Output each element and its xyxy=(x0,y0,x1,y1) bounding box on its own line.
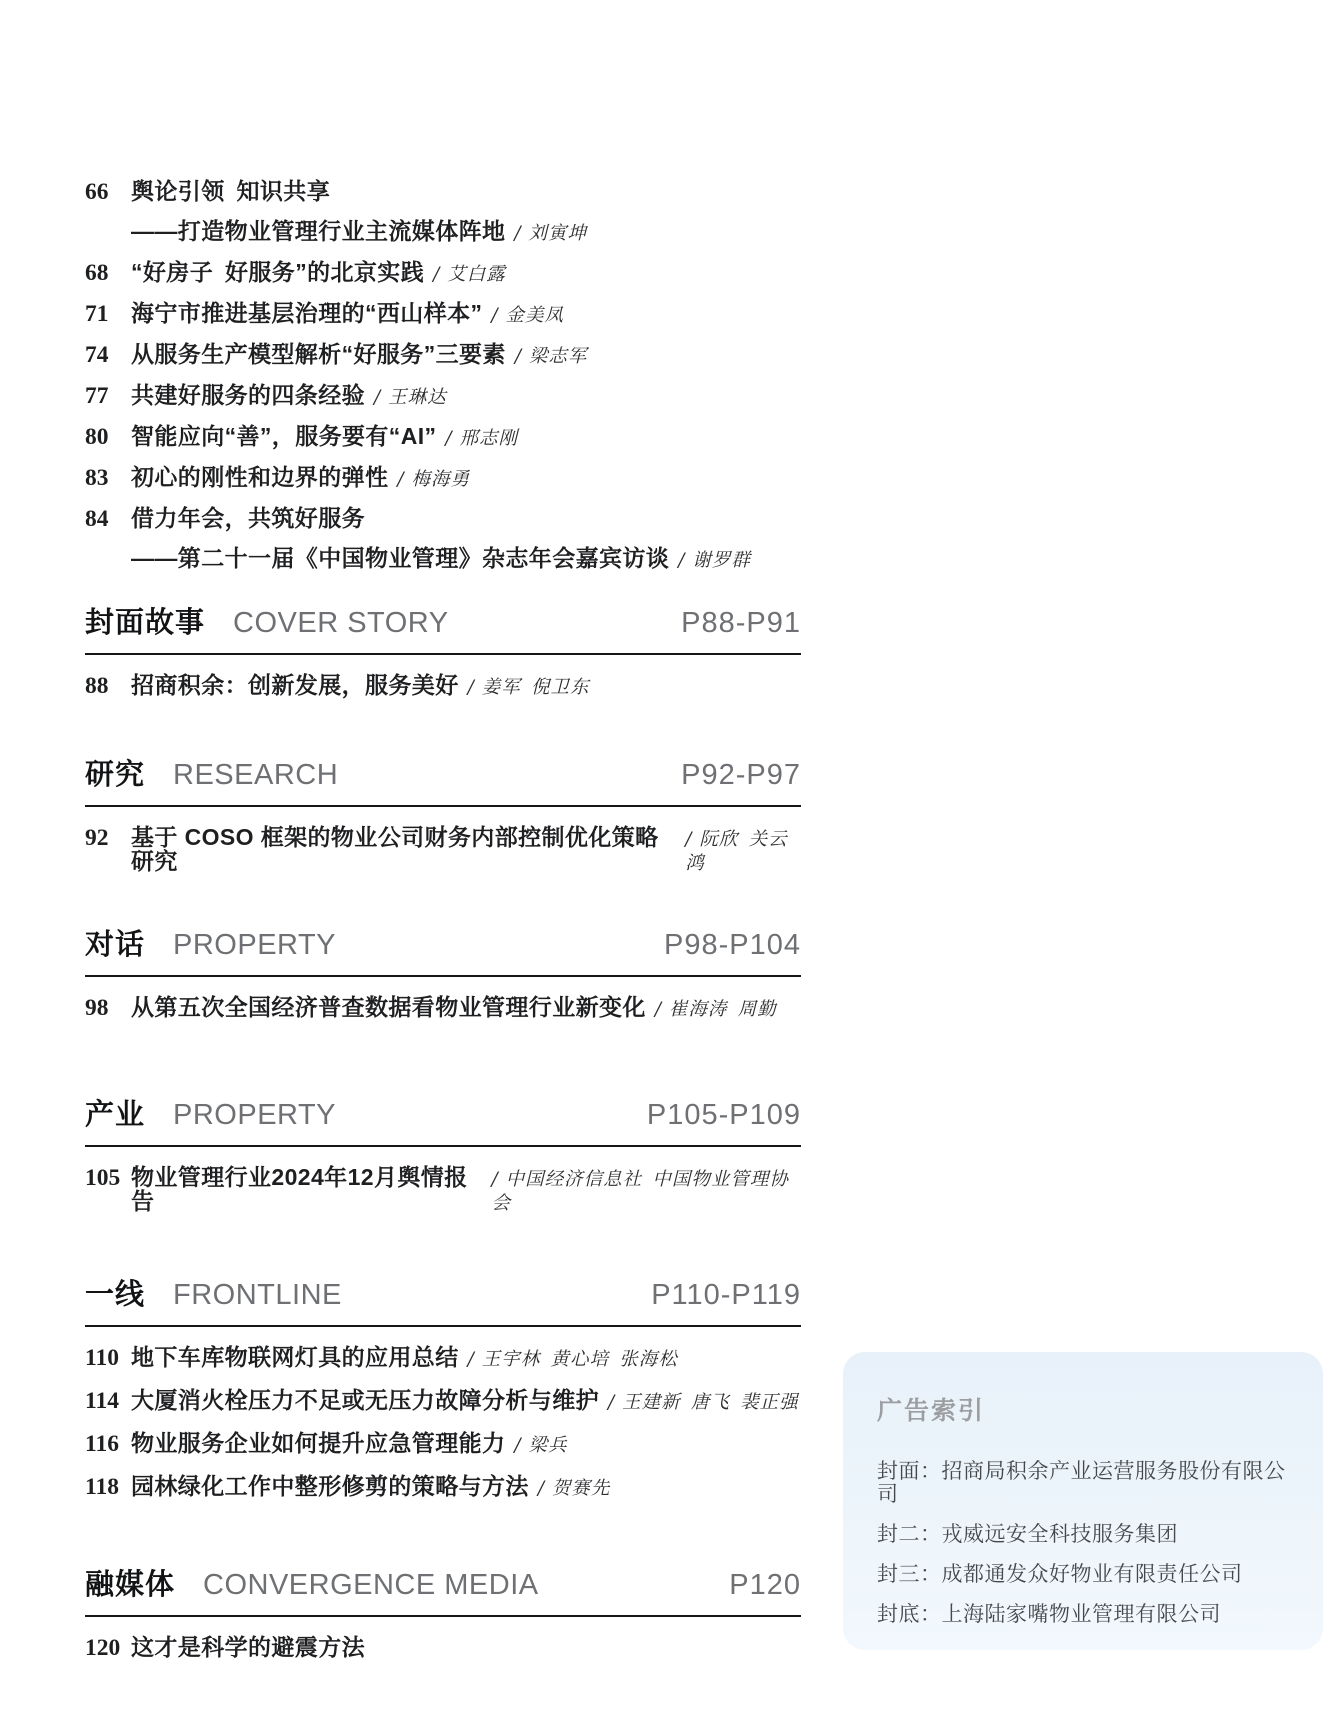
article-row: 118 园林绿化工作中整形修剪的策略与方法 / 贺赛先 xyxy=(85,1474,801,1501)
section-rule xyxy=(85,805,801,807)
entry-authors: / 王琳达 xyxy=(374,378,447,417)
entry-authors: / 艾白露 xyxy=(433,255,506,294)
entry-authors: / 姜军 倪卫东 xyxy=(468,676,590,700)
section-rule xyxy=(85,1145,801,1147)
entry-title: 招商积余：创新发展，服务美好 xyxy=(131,673,459,697)
toc-entry: 83 初心的刚性和边界的弹性 / 梅海勇 xyxy=(85,458,801,499)
section-title-cn: 一线 xyxy=(85,1272,145,1313)
article-row: 110 地下车库物联网灯具的应用总结 / 王宇林 黄心培 张海松 xyxy=(85,1345,801,1372)
section-header: 一线 FRONTLINE P110-P119 xyxy=(85,1272,801,1312)
section-rule xyxy=(85,975,801,977)
section-title-cn: 融媒体 xyxy=(85,1562,175,1603)
entry-number: 71 xyxy=(85,295,131,334)
entry-authors: / 谢罗群 xyxy=(678,541,751,580)
section-articles: 105 物业管理行业2024年12月舆情报告 / 中国经济信息社 中国物业管理协… xyxy=(85,1165,801,1216)
entry-authors: / 梅海勇 xyxy=(397,460,470,499)
ad-index-entry: 封二：戎威远安全科技服务集团 xyxy=(877,1523,1293,1546)
entry-title: 园林绿化工作中整形修剪的策略与方法 xyxy=(131,1474,529,1498)
article-row: 92 基于 COSO 框架的物业公司财务内部控制优化策略研究 / 阮欣 关云鸿 xyxy=(85,825,801,876)
section-articles: 98 从第五次全国经济普查数据看物业管理行业新变化 / 崔海涛 周勤 xyxy=(85,995,801,1022)
section-page-range: P88-P91 xyxy=(681,607,801,640)
magazine-toc-page: 66 舆论引领 知识共享 ——打造物业管理行业主流媒体阵地 / 刘寅坤 68 “… xyxy=(0,0,1334,1734)
entry-subtitle: ——打造物业管理行业主流媒体阵地 xyxy=(131,212,505,251)
entry-title: 这才是科学的避震方法 xyxy=(131,1635,365,1659)
entry-title: 大厦消火栓压力不足或无压力故障分析与维护 xyxy=(131,1388,599,1412)
section-header: 研究 RESEARCH P92-P97 xyxy=(85,752,801,792)
entry-title: 海宁市推进基层治理的“西山样本” xyxy=(131,294,482,333)
entry-number: 77 xyxy=(85,377,131,416)
entry-number: 83 xyxy=(85,459,131,498)
section-page-range: P120 xyxy=(729,1569,801,1602)
toc-entry: 74 从服务生产模型解析“好服务”三要素 / 梁志军 xyxy=(85,335,801,376)
entry-title: 舆论引领 知识共享 xyxy=(131,172,330,211)
article-row: 116 物业服务企业如何提升应急管理能力 / 梁兵 xyxy=(85,1431,801,1458)
section-page-range: P110-P119 xyxy=(651,1279,801,1312)
section-header: 产业 PROPERTY P105-P109 xyxy=(85,1092,801,1132)
entry-authors: / 邢志刚 xyxy=(445,419,518,458)
entry-subtitle: ——第二十一届《中国物业管理》杂志年会嘉宾访谈 xyxy=(131,539,669,578)
article-row: 114 大厦消火栓压力不足或无压力故障分析与维护 / 王建新 唐飞 裴正强 xyxy=(85,1388,801,1415)
section-articles: 110 地下车库物联网灯具的应用总结 / 王宇林 黄心培 张海松 114 大厦消… xyxy=(85,1345,801,1501)
toc-entry: 71 海宁市推进基层治理的“西山样本” / 金美凤 xyxy=(85,294,801,335)
article-row: 120 这才是科学的避震方法 xyxy=(85,1635,801,1660)
entry-title: 智能应向“善”，服务要有“AI” xyxy=(131,417,436,456)
section-dialogue: 对话 PROPERTY P98-P104 98 从第五次全国经济普查数据看物业管… xyxy=(85,922,801,1022)
entry-number: 105 xyxy=(85,1166,131,1190)
section-cover-story: 封面故事 COVER STORY P88-P91 88 招商积余：创新发展，服务… xyxy=(85,600,801,700)
entry-title: 借力年会，共筑好服务 xyxy=(131,499,365,538)
entry-number: 116 xyxy=(85,1432,131,1456)
section-page-range: P92-P97 xyxy=(681,759,801,792)
entry-authors: / 王建新 唐飞 裴正强 xyxy=(608,1391,799,1415)
entry-title: 物业管理行业2024年12月舆情报告 xyxy=(131,1165,483,1213)
section-industry: 产业 PROPERTY P105-P109 105 物业管理行业2024年12月… xyxy=(85,1092,801,1216)
section-title-en: CONVERGENCE MEDIA xyxy=(203,1569,539,1602)
toc-entry-continuation: ——第二十一届《中国物业管理》杂志年会嘉宾访谈 / 谢罗群 xyxy=(85,539,801,580)
section-title-en: RESEARCH xyxy=(173,759,338,792)
entry-authors: / 梁志军 xyxy=(515,337,588,376)
ad-index-list: 封面：招商局积余产业运营服务股份有限公司 封二：戎威远安全科技服务集团 封三：成… xyxy=(877,1460,1293,1626)
entry-authors: / 梁兵 xyxy=(514,1434,567,1458)
entry-number: 80 xyxy=(85,418,131,457)
section-articles: 92 基于 COSO 框架的物业公司财务内部控制优化策略研究 / 阮欣 关云鸿 xyxy=(85,825,801,876)
section-title-cn: 封面故事 xyxy=(85,600,205,641)
section-page-range: P98-P104 xyxy=(664,929,801,962)
entry-authors: / 中国经济信息社 中国物业管理协会 xyxy=(492,1168,801,1216)
article-row: 105 物业管理行业2024年12月舆情报告 / 中国经济信息社 中国物业管理协… xyxy=(85,1165,801,1216)
toc-entry: 80 智能应向“善”，服务要有“AI” / 邢志刚 xyxy=(85,417,801,458)
entry-title: 从第五次全国经济普查数据看物业管理行业新变化 xyxy=(131,995,646,1019)
entry-number: 118 xyxy=(85,1475,131,1499)
section-title-cn: 对话 xyxy=(85,922,145,963)
entry-authors: / 金美凤 xyxy=(491,296,564,335)
toc-entry: 68 “好房子 好服务”的北京实践 / 艾白露 xyxy=(85,253,801,294)
entry-number: 88 xyxy=(85,674,131,698)
toc-list: 66 舆论引领 知识共享 ——打造物业管理行业主流媒体阵地 / 刘寅坤 68 “… xyxy=(85,172,801,580)
section-research: 研究 RESEARCH P92-P97 92 基于 COSO 框架的物业公司财务… xyxy=(85,752,801,876)
entry-number: 114 xyxy=(85,1389,131,1413)
section-convergence-media: 融媒体 CONVERGENCE MEDIA P120 120 这才是科学的避震方… xyxy=(85,1562,801,1660)
entry-number: 84 xyxy=(85,500,131,539)
section-title-cn: 产业 xyxy=(85,1092,145,1133)
article-row: 98 从第五次全国经济普查数据看物业管理行业新变化 / 崔海涛 周勤 xyxy=(85,995,801,1022)
section-title-en: FRONTLINE xyxy=(173,1279,342,1312)
ad-index-entry: 封三：成都通发众好物业有限责任公司 xyxy=(877,1563,1293,1586)
entry-number: 68 xyxy=(85,254,131,293)
section-title-en: COVER STORY xyxy=(233,607,449,640)
entry-title: 共建好服务的四条经验 xyxy=(131,376,365,415)
ad-index-entry: 封底：上海陆家嘴物业管理有限公司 xyxy=(877,1603,1293,1626)
entry-authors: / 刘寅坤 xyxy=(514,214,587,253)
entry-title: 物业服务企业如何提升应急管理能力 xyxy=(131,1431,505,1455)
section-title-en: PROPERTY xyxy=(173,929,336,962)
entry-title: “好房子 好服务”的北京实践 xyxy=(131,253,424,292)
ad-index-title: 广告索引 xyxy=(877,1398,1293,1424)
entry-number: 120 xyxy=(85,1636,131,1660)
ad-index-entry: 封面：招商局积余产业运营服务股份有限公司 xyxy=(877,1460,1293,1506)
entry-number: 110 xyxy=(85,1346,131,1370)
toc-entry-continuation: ——打造物业管理行业主流媒体阵地 / 刘寅坤 xyxy=(85,212,801,253)
toc-entry: 77 共建好服务的四条经验 / 王琳达 xyxy=(85,376,801,417)
entry-number: 98 xyxy=(85,996,131,1020)
entry-title: 地下车库物联网灯具的应用总结 xyxy=(131,1345,459,1369)
entry-authors: / 阮欣 关云鸿 xyxy=(685,828,801,876)
section-articles: 120 这才是科学的避震方法 xyxy=(85,1635,801,1660)
section-articles: 88 招商积余：创新发展，服务美好 / 姜军 倪卫东 xyxy=(85,673,801,700)
section-rule xyxy=(85,1615,801,1617)
section-rule xyxy=(85,653,801,655)
entry-title: 初心的刚性和边界的弹性 xyxy=(131,458,388,497)
article-row: 88 招商积余：创新发展，服务美好 / 姜军 倪卫东 xyxy=(85,673,801,700)
section-title-cn: 研究 xyxy=(85,752,145,793)
entry-number: 92 xyxy=(85,826,131,850)
entry-authors: / 贺赛先 xyxy=(538,1477,611,1501)
section-title-en: PROPERTY xyxy=(173,1099,336,1132)
entry-number: 66 xyxy=(85,173,131,212)
section-header: 对话 PROPERTY P98-P104 xyxy=(85,922,801,962)
entry-title: 基于 COSO 框架的物业公司财务内部控制优化策略研究 xyxy=(131,825,676,873)
section-header: 封面故事 COVER STORY P88-P91 xyxy=(85,600,801,640)
section-frontline: 一线 FRONTLINE P110-P119 110 地下车库物联网灯具的应用总… xyxy=(85,1272,801,1501)
section-page-range: P105-P109 xyxy=(647,1099,801,1132)
toc-entry: 84 借力年会，共筑好服务 xyxy=(85,499,801,539)
toc-entry: 66 舆论引领 知识共享 xyxy=(85,172,801,212)
ad-index-panel: 广告索引 封面：招商局积余产业运营服务股份有限公司 封二：戎威远安全科技服务集团… xyxy=(843,1352,1323,1650)
entry-title: 从服务生产模型解析“好服务”三要素 xyxy=(131,335,506,374)
entry-authors: / 崔海涛 周勤 xyxy=(655,998,777,1022)
entry-authors: / 王宇林 黄心培 张海松 xyxy=(468,1348,678,1372)
section-rule xyxy=(85,1325,801,1327)
section-header: 融媒体 CONVERGENCE MEDIA P120 xyxy=(85,1562,801,1602)
entry-number: 74 xyxy=(85,336,131,375)
